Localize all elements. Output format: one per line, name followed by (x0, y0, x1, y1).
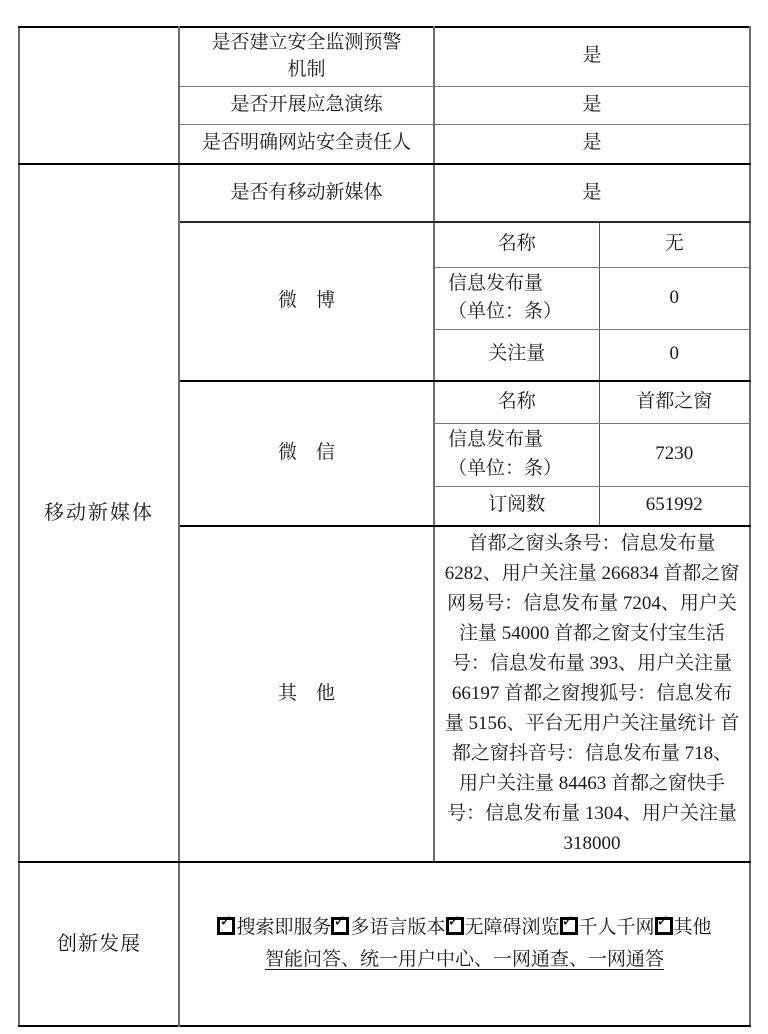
wechat-name-value: 首都之窗 (599, 381, 750, 423)
check-icon: ✓ (657, 914, 670, 929)
question-line: 机制 (198, 57, 415, 84)
annual-report-table: 是否建立安全监测预警 机制 是 是否开展应急演练 是 是否明确网站安全责任人 是… (18, 26, 751, 1027)
checkbox-personalized[interactable]: ✓ (560, 917, 578, 935)
innovation-content: ✓搜索即服务✓多语言版本✓无障碍浏览✓千人千网✓其他 智能问答、统一用户中心、一… (179, 862, 750, 1026)
group-label-weibo: 微 博 (179, 222, 434, 381)
innovation-checkbox-row: ✓搜索即服务✓多语言版本✓无障碍浏览✓千人千网✓其他 (198, 912, 731, 944)
check-icon: ✓ (562, 914, 575, 929)
group-label-other: 其 他 (179, 526, 434, 862)
wechat-subscribers-label: 订阅数 (434, 486, 599, 526)
weibo-name-value: 无 (599, 222, 750, 267)
checkbox-label: 多语言版本 (350, 917, 445, 938)
checkbox-accessibility[interactable]: ✓ (446, 917, 464, 935)
question-line: 是否建立安全监测预警 (198, 30, 415, 57)
answer-security-monitor: 是 (434, 27, 750, 86)
checkbox-label: 其他 (674, 917, 712, 938)
wechat-name-label: 名称 (434, 381, 599, 423)
label-line: （单位：条） (448, 455, 599, 484)
wechat-posts-label: 信息发布量 （单位：条） (434, 423, 599, 486)
checkbox-other[interactable]: ✓ (655, 917, 673, 935)
label-line: 信息发布量 (448, 426, 599, 455)
other-platforms-stats: 首都之窗头条号：信息发布量 6282、用户关注量 266834 首都之窗网易号：… (434, 526, 750, 862)
weibo-posts-value: 0 (599, 267, 750, 329)
question-has-mobile-media: 是否有移动新媒体 (179, 164, 434, 222)
weibo-posts-label: 信息发布量 （单位：条） (434, 267, 599, 329)
weibo-name-label: 名称 (434, 222, 599, 267)
question-security-owner: 是否明确网站安全责任人 (179, 124, 434, 164)
question-security-monitor: 是否建立安全监测预警 机制 (179, 27, 434, 86)
answer-has-mobile-media: 是 (434, 164, 750, 222)
weibo-followers-label: 关注量 (434, 329, 599, 381)
checkbox-search-as-service[interactable]: ✓ (217, 917, 235, 935)
answer-emergency-drill: 是 (434, 86, 750, 124)
question-emergency-drill: 是否开展应急演练 (179, 86, 434, 124)
check-icon: ✓ (219, 914, 232, 929)
checkbox-label: 搜索即服务 (236, 917, 331, 938)
check-icon: ✓ (448, 914, 461, 929)
label-line: （单位：条） (448, 298, 599, 327)
checkbox-multilingual[interactable]: ✓ (331, 917, 349, 935)
wechat-subscribers-value: 651992 (599, 486, 750, 526)
weibo-followers-value: 0 (599, 329, 750, 381)
label-line: 信息发布量 (448, 270, 599, 299)
wechat-posts-value: 7230 (599, 423, 750, 486)
innovation-other-detail: 智能问答、统一用户中心、一网通查、一网通答 (198, 944, 731, 976)
section-label-mobile-media: 移动新媒体 (19, 164, 179, 862)
checkbox-label: 无障碍浏览 (465, 917, 560, 938)
group-label-wechat: 微 信 (179, 381, 434, 526)
checkbox-label: 千人千网 (579, 917, 655, 938)
check-icon: ✓ (333, 914, 346, 929)
report-page: 是否建立安全监测预警 机制 是 是否开展应急演练 是 是否明确网站安全责任人 是… (0, 0, 768, 1034)
section-label-empty (19, 27, 179, 164)
answer-security-owner: 是 (434, 124, 750, 164)
section-label-innovation: 创新发展 (19, 862, 179, 1026)
